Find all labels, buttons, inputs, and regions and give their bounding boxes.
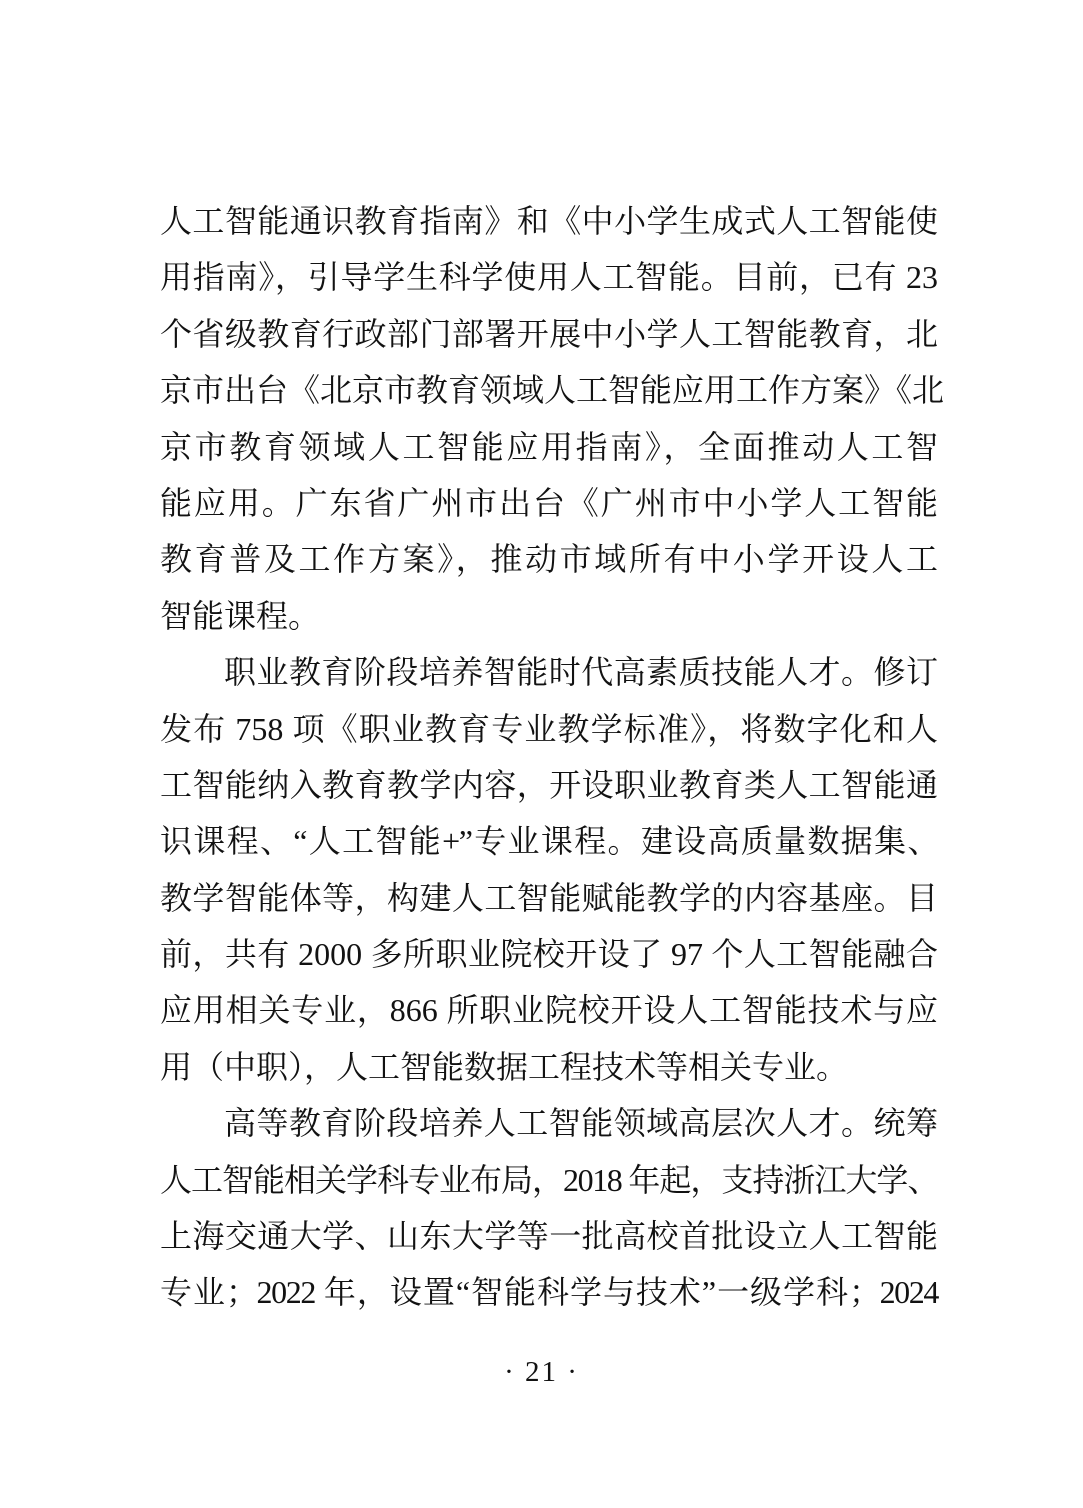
text-line: 教育普及工作方案》，推动市域所有中小学开设人工 [160,531,938,587]
text-line: 职业教育阶段培养智能时代高素质技能人才。修订 [160,644,938,700]
text-line: 工智能纳入教育教学内容，开设职业教育类人工智能通 [160,757,938,813]
text-line: 发布 758 项《职业教育专业教学标准》，将数字化和人 [160,701,938,757]
text-line: 智能课程。 [160,588,938,644]
text-line: 上海交通大学、山东大学等一批高校首批设立人工智能 [160,1208,938,1264]
text-line: 专业；2022 年，设置“智能科学与技术”一级学科；2024 [160,1264,938,1320]
paragraph-2: 职业教育阶段培养智能时代高素质技能人才。修订 发布 758 项《职业教育专业教学… [160,644,938,1095]
text-line: 前，共有 2000 多所职业院校开设了 97 个人工智能融合 [160,926,938,982]
text-line: 人工智能相关学科专业布局，2018 年起，支持浙江大学、 [160,1152,938,1208]
paragraph-1: 人工智能通识教育指南》和《中小学生成式人工智能使 用指南》，引导学生科学使用人工… [160,193,938,644]
text-line: 用指南》，引导学生科学使用人工智能。目前，已有 23 [160,249,938,305]
text-line: 个省级教育行政部门部署开展中小学人工智能教育，北 [160,306,938,362]
body-text: 人工智能通识教育指南》和《中小学生成式人工智能使 用指南》，引导学生科学使用人工… [160,193,938,1321]
document-page: 人工智能通识教育指南》和《中小学生成式人工智能使 用指南》，引导学生科学使用人工… [0,0,1083,1508]
page-number: · 21 · [0,1352,1083,1392]
text-line: 人工智能通识教育指南》和《中小学生成式人工智能使 [160,193,938,249]
text-line: 京市出台《北京市教育领域人工智能应用工作方案》《北 [160,362,938,418]
text-line: 教学智能体等，构建人工智能赋能教学的内容基座。目 [160,870,938,926]
text-line: 高等教育阶段培养人工智能领域高层次人才。统筹 [160,1095,938,1151]
text-line: 用（中职），人工智能数据工程技术等相关专业。 [160,1039,938,1095]
text-line: 识课程、“人工智能+”专业课程。建设高质量数据集、 [160,813,938,869]
text-line: 应用相关专业，866 所职业院校开设人工智能技术与应 [160,982,938,1038]
text-line: 能应用。广东省广州市出台《广州市中小学人工智能 [160,475,938,531]
text-line: 京市教育领域人工智能应用指南》，全面推动人工智 [160,419,938,475]
paragraph-3: 高等教育阶段培养人工智能领域高层次人才。统筹 人工智能相关学科专业布局，2018… [160,1095,938,1321]
